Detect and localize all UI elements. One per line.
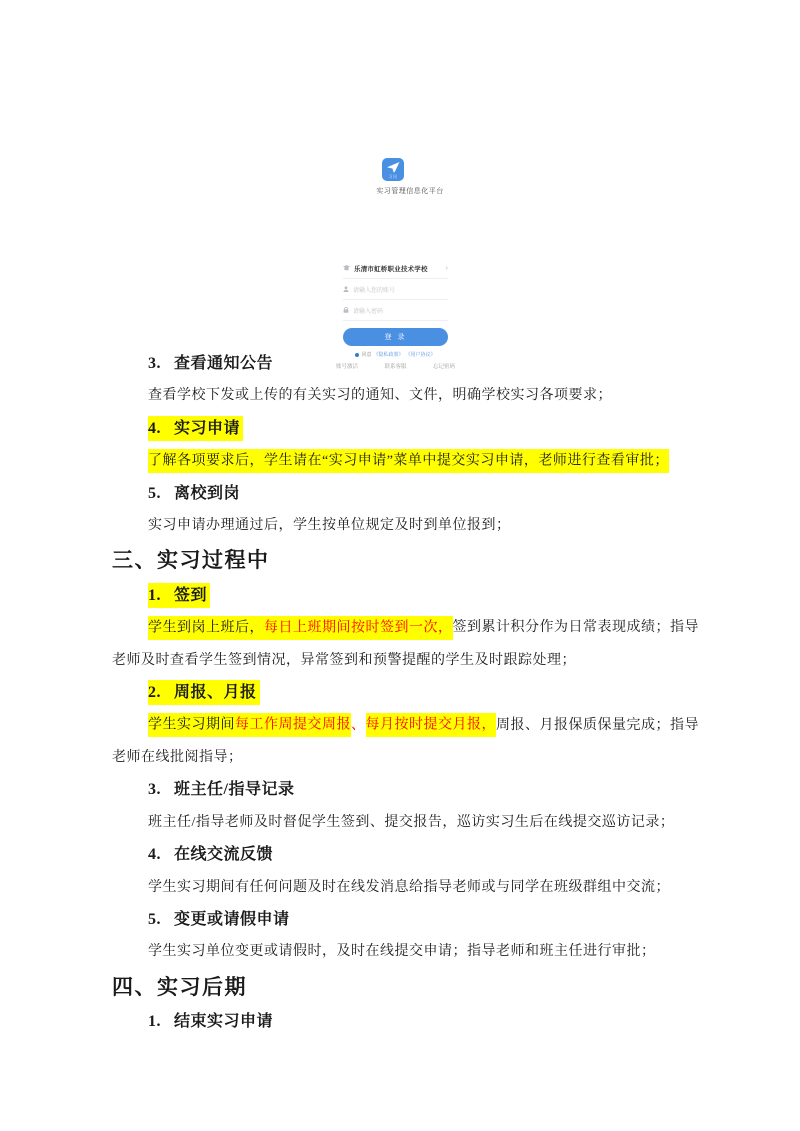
password-placeholder: 请输入密码: [353, 306, 448, 315]
item-heading: 1.结束实习申请: [148, 1006, 688, 1038]
item-heading-text: 1.签到: [148, 583, 210, 608]
text-segment: 了解各项要求后，学生请在“实习申请”菜单中提交实习申请，老师进行查看审批；: [148, 449, 669, 473]
item-number: 5.: [148, 478, 161, 510]
text-segment: 每日上班期间按时签到一次，: [264, 616, 453, 640]
item-number: 2.: [148, 677, 161, 709]
item-heading-text: 4.实习申请: [148, 416, 243, 441]
text-segment: 学生实习期间: [148, 713, 235, 737]
logo-badge-label: 习讯: [389, 174, 398, 179]
item-label: 班主任/指导记录: [174, 781, 294, 798]
chevron-right-icon: ›: [445, 264, 448, 272]
text-segment: 周报、月报保质保量完成；指导: [496, 718, 699, 733]
item-heading-text: 5.离校到岗: [148, 485, 240, 502]
paper-plane-icon: [387, 162, 400, 174]
item-heading: 5.变更或请假申请: [148, 904, 688, 936]
item-heading-text: 2.周报、月报: [148, 680, 260, 705]
item-heading: 4.在线交流反馈: [148, 839, 688, 871]
item-label: 变更或请假申请: [174, 911, 290, 928]
account-placeholder: 请输入您的账号: [353, 285, 448, 294]
embedded-login-screenshot: 习讯 实习管理信息化平台 乐清市虹桥职业技术学校 › 请输入您的账号: [300, 140, 520, 355]
paragraph-line: 老师在线批阅指导；: [112, 742, 688, 774]
section-heading: 四、实习后期: [112, 969, 688, 1007]
item-heading: 3.班主任/指导记录: [148, 774, 688, 806]
paragraph-line: 学生实习期间每工作周提交周报、每月按时提交月报，周报、月报保质保量完成；指导: [112, 710, 688, 742]
item-label: 离校到岗: [174, 485, 240, 502]
paragraph-line: 学生实习单位变更或请假时，及时在线提交申请；指导老师和班主任进行审批；: [112, 936, 688, 968]
text-segment: 老师在线批阅指导；: [112, 750, 243, 765]
item-heading: 2.周报、月报: [148, 677, 688, 709]
password-input[interactable]: 请输入密码: [343, 300, 448, 321]
paragraph-line: 实习申请办理通过后，学生按单位规定及时到单位报到；: [112, 510, 688, 542]
paragraph-line: 查看学校下发或上传的有关实习的通知、文件，明确学校实习各项要求；: [112, 380, 688, 412]
text-segment: 学生实习期间有任何问题及时在线发消息给指导老师或与同学在班级群组中交流；: [148, 880, 670, 895]
item-heading: 1.签到: [148, 580, 688, 612]
item-number: 4.: [148, 413, 161, 445]
item-heading-text: 4.在线交流反馈: [148, 846, 273, 863]
paragraph-line: 学生到岗上班后，每日上班期间按时签到一次，签到累计积分作为日常表现成绩；指导: [112, 612, 688, 644]
item-heading: 4.实习申请: [148, 413, 688, 445]
lock-icon: [343, 307, 349, 313]
item-number: 1.: [148, 1006, 161, 1038]
account-input[interactable]: 请输入您的账号: [343, 279, 448, 300]
item-heading-text: 3.班主任/指导记录: [148, 781, 294, 798]
document-page: 习讯 实习管理信息化平台 乐清市虹桥职业技术学校 › 请输入您的账号: [0, 0, 800, 1131]
text-segment: 班主任/指导老师及时督促学生签到、提交报告，巡访实习生后在线提交巡访记录；: [148, 815, 674, 830]
app-title: 实习管理信息化平台: [300, 186, 520, 196]
document-body: 3.查看通知公告查看学校下发或上传的有关实习的通知、文件，明确学校实习各项要求；…: [112, 348, 688, 1039]
paragraph-line: 班主任/指导老师及时督促学生签到、提交报告，巡访实习生后在线提交巡访记录；: [112, 807, 688, 839]
text-segment: 查看学校下发或上传的有关实习的通知、文件，明确学校实习各项要求；: [148, 388, 612, 403]
item-heading-text: 5.变更或请假申请: [148, 911, 290, 928]
text-segment: 学生到岗上班后，: [148, 616, 264, 640]
paragraph-line: 了解各项要求后，学生请在“实习申请”菜单中提交实习申请，老师进行查看审批；: [112, 445, 688, 477]
item-number: 3.: [148, 348, 161, 380]
item-label: 实习申请: [174, 420, 240, 437]
school-icon: [343, 265, 350, 271]
school-name: 乐清市虹桥职业技术学校: [354, 264, 441, 273]
item-number: 1.: [148, 580, 161, 612]
login-button[interactable]: 登 录: [343, 328, 448, 346]
item-label: 查看通知公告: [174, 355, 273, 372]
paragraph-line: 老师及时查看学生签到情况，异常签到和预警提醒的学生及时跟踪处理；: [112, 645, 688, 677]
item-heading-text: 1.结束实习申请: [148, 1013, 273, 1030]
item-number: 4.: [148, 839, 161, 871]
item-heading: 3.查看通知公告: [148, 348, 688, 380]
text-segment: 、: [351, 718, 366, 733]
item-label: 周报、月报: [174, 684, 257, 701]
text-segment: 实习申请办理通过后，学生按单位规定及时到单位报到；: [148, 518, 511, 533]
section-heading: 三、实习过程中: [112, 542, 688, 580]
text-segment: 签到累计积分作为日常表现成绩；指导: [453, 620, 700, 635]
app-logo-icon: 习讯: [382, 158, 404, 181]
item-heading-text: 3.查看通知公告: [148, 355, 273, 372]
text-segment: 老师及时查看学生签到情况，异常签到和预警提醒的学生及时跟踪处理；: [112, 653, 576, 668]
item-label: 在线交流反馈: [174, 846, 273, 863]
item-number: 5.: [148, 904, 161, 936]
item-label: 签到: [174, 587, 207, 604]
item-number: 3.: [148, 774, 161, 806]
paragraph-line: 学生实习期间有任何问题及时在线发消息给指导老师或与同学在班级群组中交流；: [112, 872, 688, 904]
user-icon: [343, 286, 349, 292]
item-heading: 5.离校到岗: [148, 478, 688, 510]
school-selector[interactable]: 乐清市虹桥职业技术学校 ›: [343, 258, 448, 279]
text-segment: 每工作周提交周报: [235, 713, 351, 737]
item-label: 结束实习申请: [174, 1013, 273, 1030]
text-segment: 学生实习单位变更或请假时，及时在线提交申请；指导老师和班主任进行审批；: [148, 944, 656, 959]
text-segment: 每月按时提交月报，: [366, 713, 497, 737]
